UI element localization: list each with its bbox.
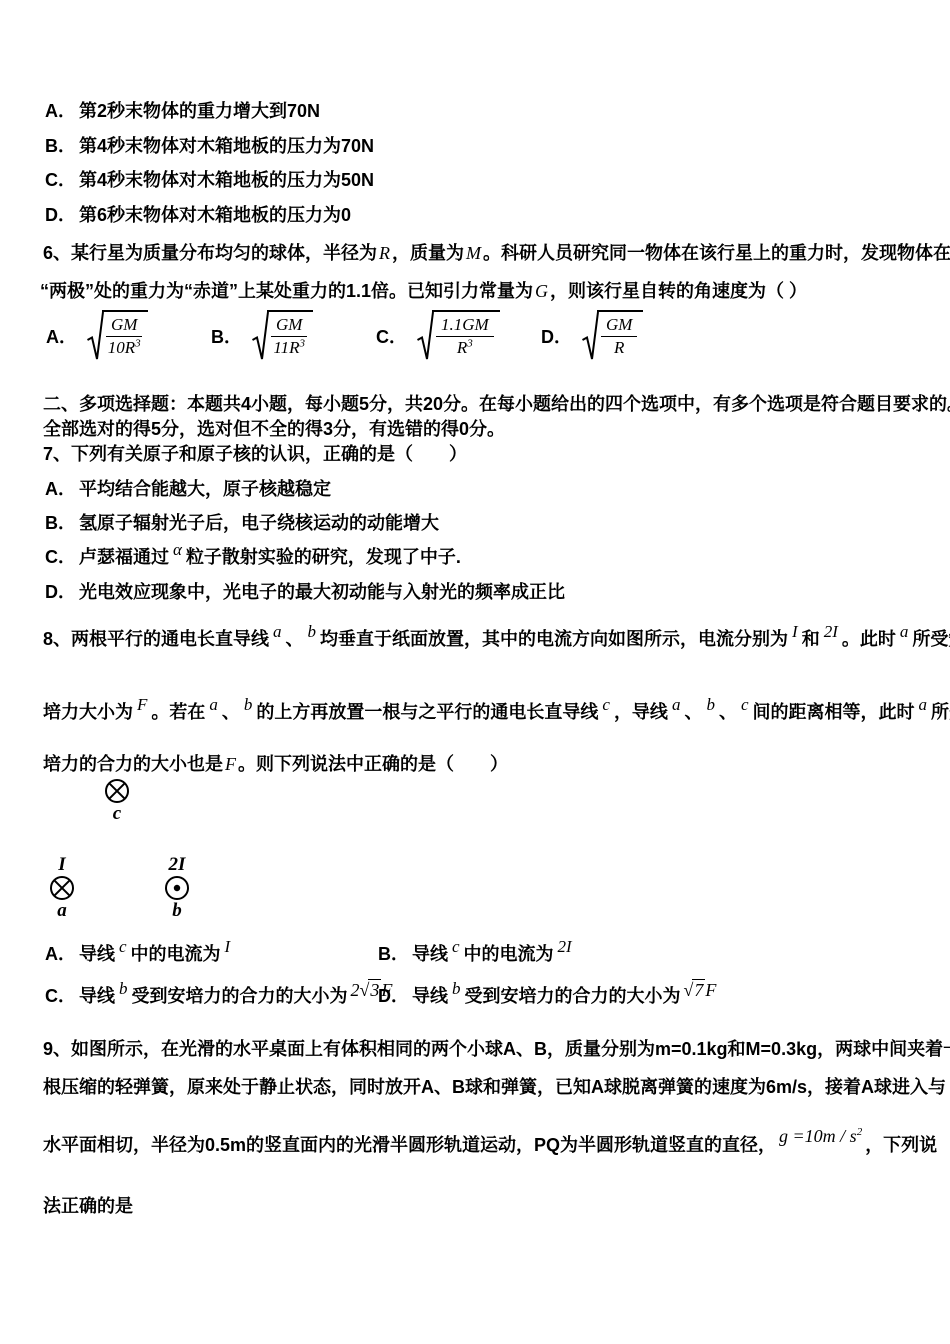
formula-exponent: 2 [857,1126,863,1138]
numerator: GM [601,315,637,337]
option-text: 第4秒末物体对木箱地板的压力为70N [79,136,374,156]
denominator-exponent: 3 [135,337,141,349]
text-run: 所受安 [931,702,950,722]
option-label: B． [45,513,76,533]
current-label: I [58,855,65,875]
q6-option-d: D． GMR [541,310,643,362]
option-label: C． [45,547,76,567]
text-run: “两极”处的重力为“赤道”上某处重力的1.1倍。已知引力常量为 [40,281,533,301]
denominator-exponent: 3 [300,337,306,349]
q8-stem-line1: 8、两根平行的通电长直导线a、b均垂直于纸面放置，其中的电流方向如图所示，电流分… [43,629,950,650]
q6-stem-line1: 6、某行星为质量分布均匀的球体，半径为R，质量为M。科研人员研究同一物体在该行星… [43,243,950,264]
text-run: 8、两根平行的通电长直导线 [43,629,269,649]
math-var: a [269,621,286,642]
option-text: 第2秒末物体的重力增大到70N [79,101,320,121]
option-text: 导线 [412,944,448,964]
q7-option-a: A．平均结合能越大，原子核越稳定 [45,479,331,500]
text-run: ，下列说 [865,1135,937,1155]
text-run: ，则该行星自转的角速度为（ ） [550,281,807,301]
exam-page: A．第2秒末物体的重力增大到70N B．第4秒末物体对木箱地板的压力为70N C… [0,0,950,1344]
numerator: 1.1GM [436,315,494,337]
text-run: 间的距离相等，此时 [752,702,914,722]
q7-option-c: C．卢瑟福通过α粒子散射实验的研究，发现了中子. [45,547,461,568]
option-label: D． [378,986,409,1006]
formula-body: g =10m / s [779,1126,857,1146]
math-var: c [448,936,464,957]
option-label: D． [541,323,572,349]
math-var: a [914,694,931,715]
q8-option-b: B．导线c中的电流为2I [378,944,576,965]
option-text: 氢原子辐射光子后，电子绕核运动的动能增大 [79,513,439,533]
text-run: 、 [684,702,702,722]
denominator: 11R3 [273,337,305,358]
q9-stem-line2: 根压缩的轻弹簧，原来处于静止状态，同时放开A、B球和弹簧，已知A球脱离弹簧的速度… [43,1077,946,1098]
text-run: 均垂直于纸面放置，其中的电流方向如图所示，电流分别为 [320,629,788,649]
option-label: C． [45,170,76,190]
text-run: 、 [719,702,737,722]
math-var: a [205,694,222,715]
text-run: 所受安 [912,629,950,649]
q6-option-c: C． 1.1GMR3 [376,310,500,362]
current-into-page-icon [104,778,130,804]
math-var: c [598,694,614,715]
fraction: GMR [601,315,637,358]
q8-option-c: C．导线b受到安培力的合力的大小为2√3F [45,985,395,1007]
text-run: 的上方再放置一根与之平行的通电长直导线 [256,702,598,722]
denominator: 10R3 [108,337,141,358]
q8-option-d: D．导线b受到安培力的合力的大小为√7F [378,985,719,1007]
radicand: GM11R3 [267,310,313,358]
q6-stem-line2: “两极”处的重力为“赤道”上某处重力的1.1倍。已知引力常量为G，则该行星自转的… [40,281,807,302]
option-text: 粒子散射实验的研究，发现了中子. [186,547,461,567]
option-text: 第6秒末物体对木箱地板的压力为0 [79,205,351,225]
text-run: ，质量为 [392,243,464,263]
current-into-page-icon [49,875,75,901]
math-var: I [788,621,802,642]
denominator-base: 11R [273,338,299,357]
option-text: 导线 [79,944,115,964]
option-label: A． [45,944,76,964]
denominator-base: R [457,338,467,357]
text-run: 培力大小为 [43,702,133,722]
denominator: R [614,337,624,358]
option-label: C． [376,323,407,349]
wire-label: c [113,804,121,824]
q5-option-d: D．第6秒末物体对木箱地板的压力为0 [45,205,351,226]
math-var: R [377,243,392,263]
radicand: 7 [692,979,705,1001]
text-run: 。科研人员研究同一物体在该行星上的重力时，发现物体在 [483,243,950,263]
option-label: A． [45,101,76,121]
text-run: 。则下列说法中正确的是（ ） [238,754,508,774]
option-label: B． [378,944,409,964]
numerator: GM [106,315,142,337]
numerator: GM [271,315,307,337]
fraction: GM11R3 [271,315,307,358]
radicand: GM10R3 [102,310,148,358]
gravity-formula: g =10m / s2 [776,1126,865,1147]
option-label: D． [45,205,76,225]
option-label: B． [211,323,242,349]
math-var: I [221,936,235,957]
q8-stem-line3: 培力的合力的大小也是F。则下列说法中正确的是（ ） [43,754,508,775]
q9-stem-line4: 法正确的是 [43,1196,133,1217]
sqrt-formula: GM10R3 [86,310,148,362]
wire-a-group: I a [36,855,88,921]
section2-header-line1: 二、多项选择题：本题共4小题，每小题5分，共20分。在每小题给出的四个选项中，有… [43,394,950,415]
current-out-of-page-icon [164,875,190,901]
math-var: a [668,694,685,715]
sqrt-formula: GM11R3 [251,310,313,362]
option-text: 导线 [79,986,115,1006]
math-var: G [533,281,550,301]
q6-option-a: A． GM10R3 [46,310,148,362]
math-var: F [223,754,238,774]
math-var: a [896,621,913,642]
text-run: 。若在 [151,702,205,722]
wire-b-group: 2I b [151,855,203,921]
math-var: b [115,978,132,999]
option-text: 受到安培力的合力的大小为 [132,986,348,1006]
radical-formula: √7F [681,979,720,1001]
q8-stem-line2: 培力大小为F。若在a、b的上方再放置一根与之平行的通电长直导线c，导线a、b、c… [43,702,950,723]
option-text: 第4秒末物体对木箱地板的压力为50N [79,170,374,190]
math-var: c [115,936,131,957]
text-run: 、 [286,629,304,649]
math-var: b [702,694,719,715]
option-text: 受到安培力的合力的大小为 [465,986,681,1006]
sqrt-formula: GMR [581,310,643,362]
wire-label: b [172,901,182,921]
formula-suffix: F [705,980,716,1000]
sqrt-formula: 1.1GMR3 [416,310,500,362]
math-var: b [448,978,465,999]
math-var: c [737,694,753,715]
option-text: 导线 [412,986,448,1006]
radicand: 1.1GMR3 [432,310,500,358]
q7-option-b: B．氢原子辐射光子后，电子绕核运动的动能增大 [45,513,439,534]
q5-option-c: C．第4秒末物体对木箱地板的压力为50N [45,170,374,191]
q9-stem-line3: 水平面相切，半径为0.5m的竖直面内的光滑半圆形轨道运动，PQ为半圆形轨道竖直的… [43,1135,937,1156]
option-label: B． [45,136,76,156]
q9-stem-line1: 9、如图所示，在光滑的水平桌面上有体积相同的两个小球A、B，质量分别为m=0.1… [43,1039,950,1060]
q5-option-b: B．第4秒末物体对木箱地板的压力为70N [45,136,374,157]
math-var: F [133,694,151,715]
math-var: b [304,621,321,642]
section2-header-line2: 全部选对的得5分，选对但不全的得3分，有选错的得0分。 [43,419,505,440]
current-label: 2I [169,855,186,875]
denominator: R3 [457,337,473,358]
text-run: 6、某行星为质量分布均匀的球体，半径为 [43,243,377,263]
option-text: 平均结合能越大，原子核越稳定 [79,479,331,499]
math-var: M [464,243,483,263]
option-label: A． [45,479,76,499]
option-text: 中的电流为 [464,944,554,964]
q6-option-b: B． GM11R3 [211,310,313,362]
option-label: D． [45,582,76,602]
math-var: 2I [554,936,576,957]
text-run: ，导线 [614,702,668,722]
fraction: GM10R3 [106,315,142,358]
q7-option-d: D．光电效应现象中，光电子的最大初动能与入射光的频率成正比 [45,582,565,603]
text-run: 培力的合力的大小也是 [43,754,223,774]
q5-option-a: A．第2秒末物体的重力增大到70N [45,101,320,122]
wire-c-group: c [91,778,143,824]
q8-option-a: A．导线c中的电流为I [45,944,234,965]
fraction: 1.1GMR3 [436,315,494,358]
option-text: 卢瑟福通过 [79,547,169,567]
q7-title: 7、下列有关原子和原子核的认识，正确的是（ ） [43,444,467,465]
math-var: b [240,694,257,715]
math-var: 2I [820,621,842,642]
coefficient: 2 [351,980,360,1000]
text-run: 、 [222,702,240,722]
wire-label: a [57,901,67,921]
radicand: GMR [597,310,643,358]
math-var-alpha: α [169,539,186,560]
denominator-base: 10R [108,338,135,357]
q8-current-diagram: c I a 2I b [45,775,265,930]
denominator-base: R [614,338,624,357]
text-run: 。此时 [842,629,896,649]
text-run: 和 [802,629,820,649]
text-run: 水平面相切，半径为0.5m的竖直面内的光滑半圆形轨道运动，PQ为半圆形轨道竖直的… [43,1135,776,1155]
denominator-exponent: 3 [467,337,473,349]
option-text: 中的电流为 [131,944,221,964]
option-label: A． [46,323,77,349]
option-text: 光电效应现象中，光电子的最大初动能与入射光的频率成正比 [79,582,565,602]
option-label: C． [45,986,76,1006]
